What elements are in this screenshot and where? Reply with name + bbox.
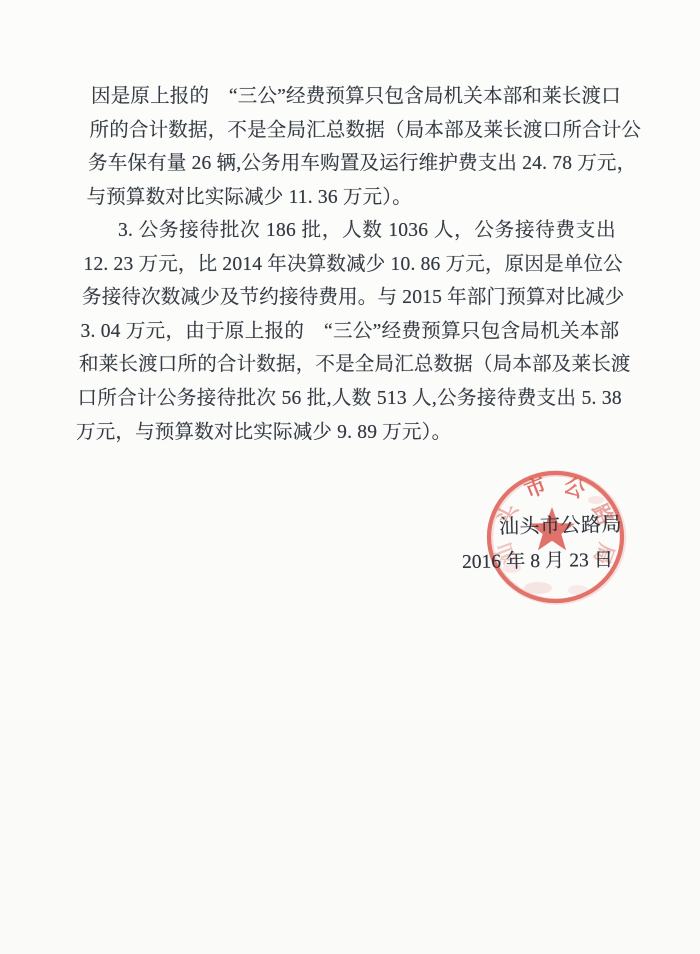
scanned-document-page: 汕 头 市 公 路 局 因是原上报的 “三公”经费预算只包含局机关本部和莱长渡口… <box>0 0 700 954</box>
seal-smudge <box>588 496 604 504</box>
seal-smudge <box>524 582 552 594</box>
body-text-line: 务车保有量 26 辆,公务用车购置及运行维护费支出 24. 78 万元， <box>88 147 613 181</box>
body-text-line: 3. 04 万元，由于原上报的 “三公”经费预算只包含局机关本部 <box>81 315 620 349</box>
signature-organization: 汕头市公路局 <box>499 513 622 540</box>
body-text-line: 与预算数对比实际减少 11. 36 万元）。 <box>87 181 615 215</box>
body-text-line: 因是原上报的 “三公”经费预算只包含局机关本部和莱长渡口 <box>91 80 611 114</box>
body-text-line: 所的合计数据，不是全局汇总数据（局本部及莱长渡口所合计公 <box>90 114 613 148</box>
body-text-line: 和莱长渡口所的合计数据，不是全局汇总数据（局本部及莱长渡 <box>79 348 621 382</box>
seal-smudge <box>568 585 588 595</box>
body-text-line: 3. 公务接待批次 186 批，人数 1036 人，公务接待费支出 <box>85 214 616 248</box>
body-text-line: 务接待次数减少及节约接待费用。与 2015 年部门预算对比减少 <box>82 281 618 315</box>
signature-date: 2016 年 8 月 23 日 <box>462 549 613 575</box>
body-text-line: 万元，与预算数对比实际减少 9. 89 万元）。 <box>76 416 623 450</box>
body-text-line: 12. 23 万元，比 2014 年决算数减少 10. 86 万元，原因是单位公 <box>84 248 618 282</box>
body-text-line: 口所合计公务接待批次 56 批,人数 513 人,公务接待费支出 5. 38 <box>78 382 622 416</box>
